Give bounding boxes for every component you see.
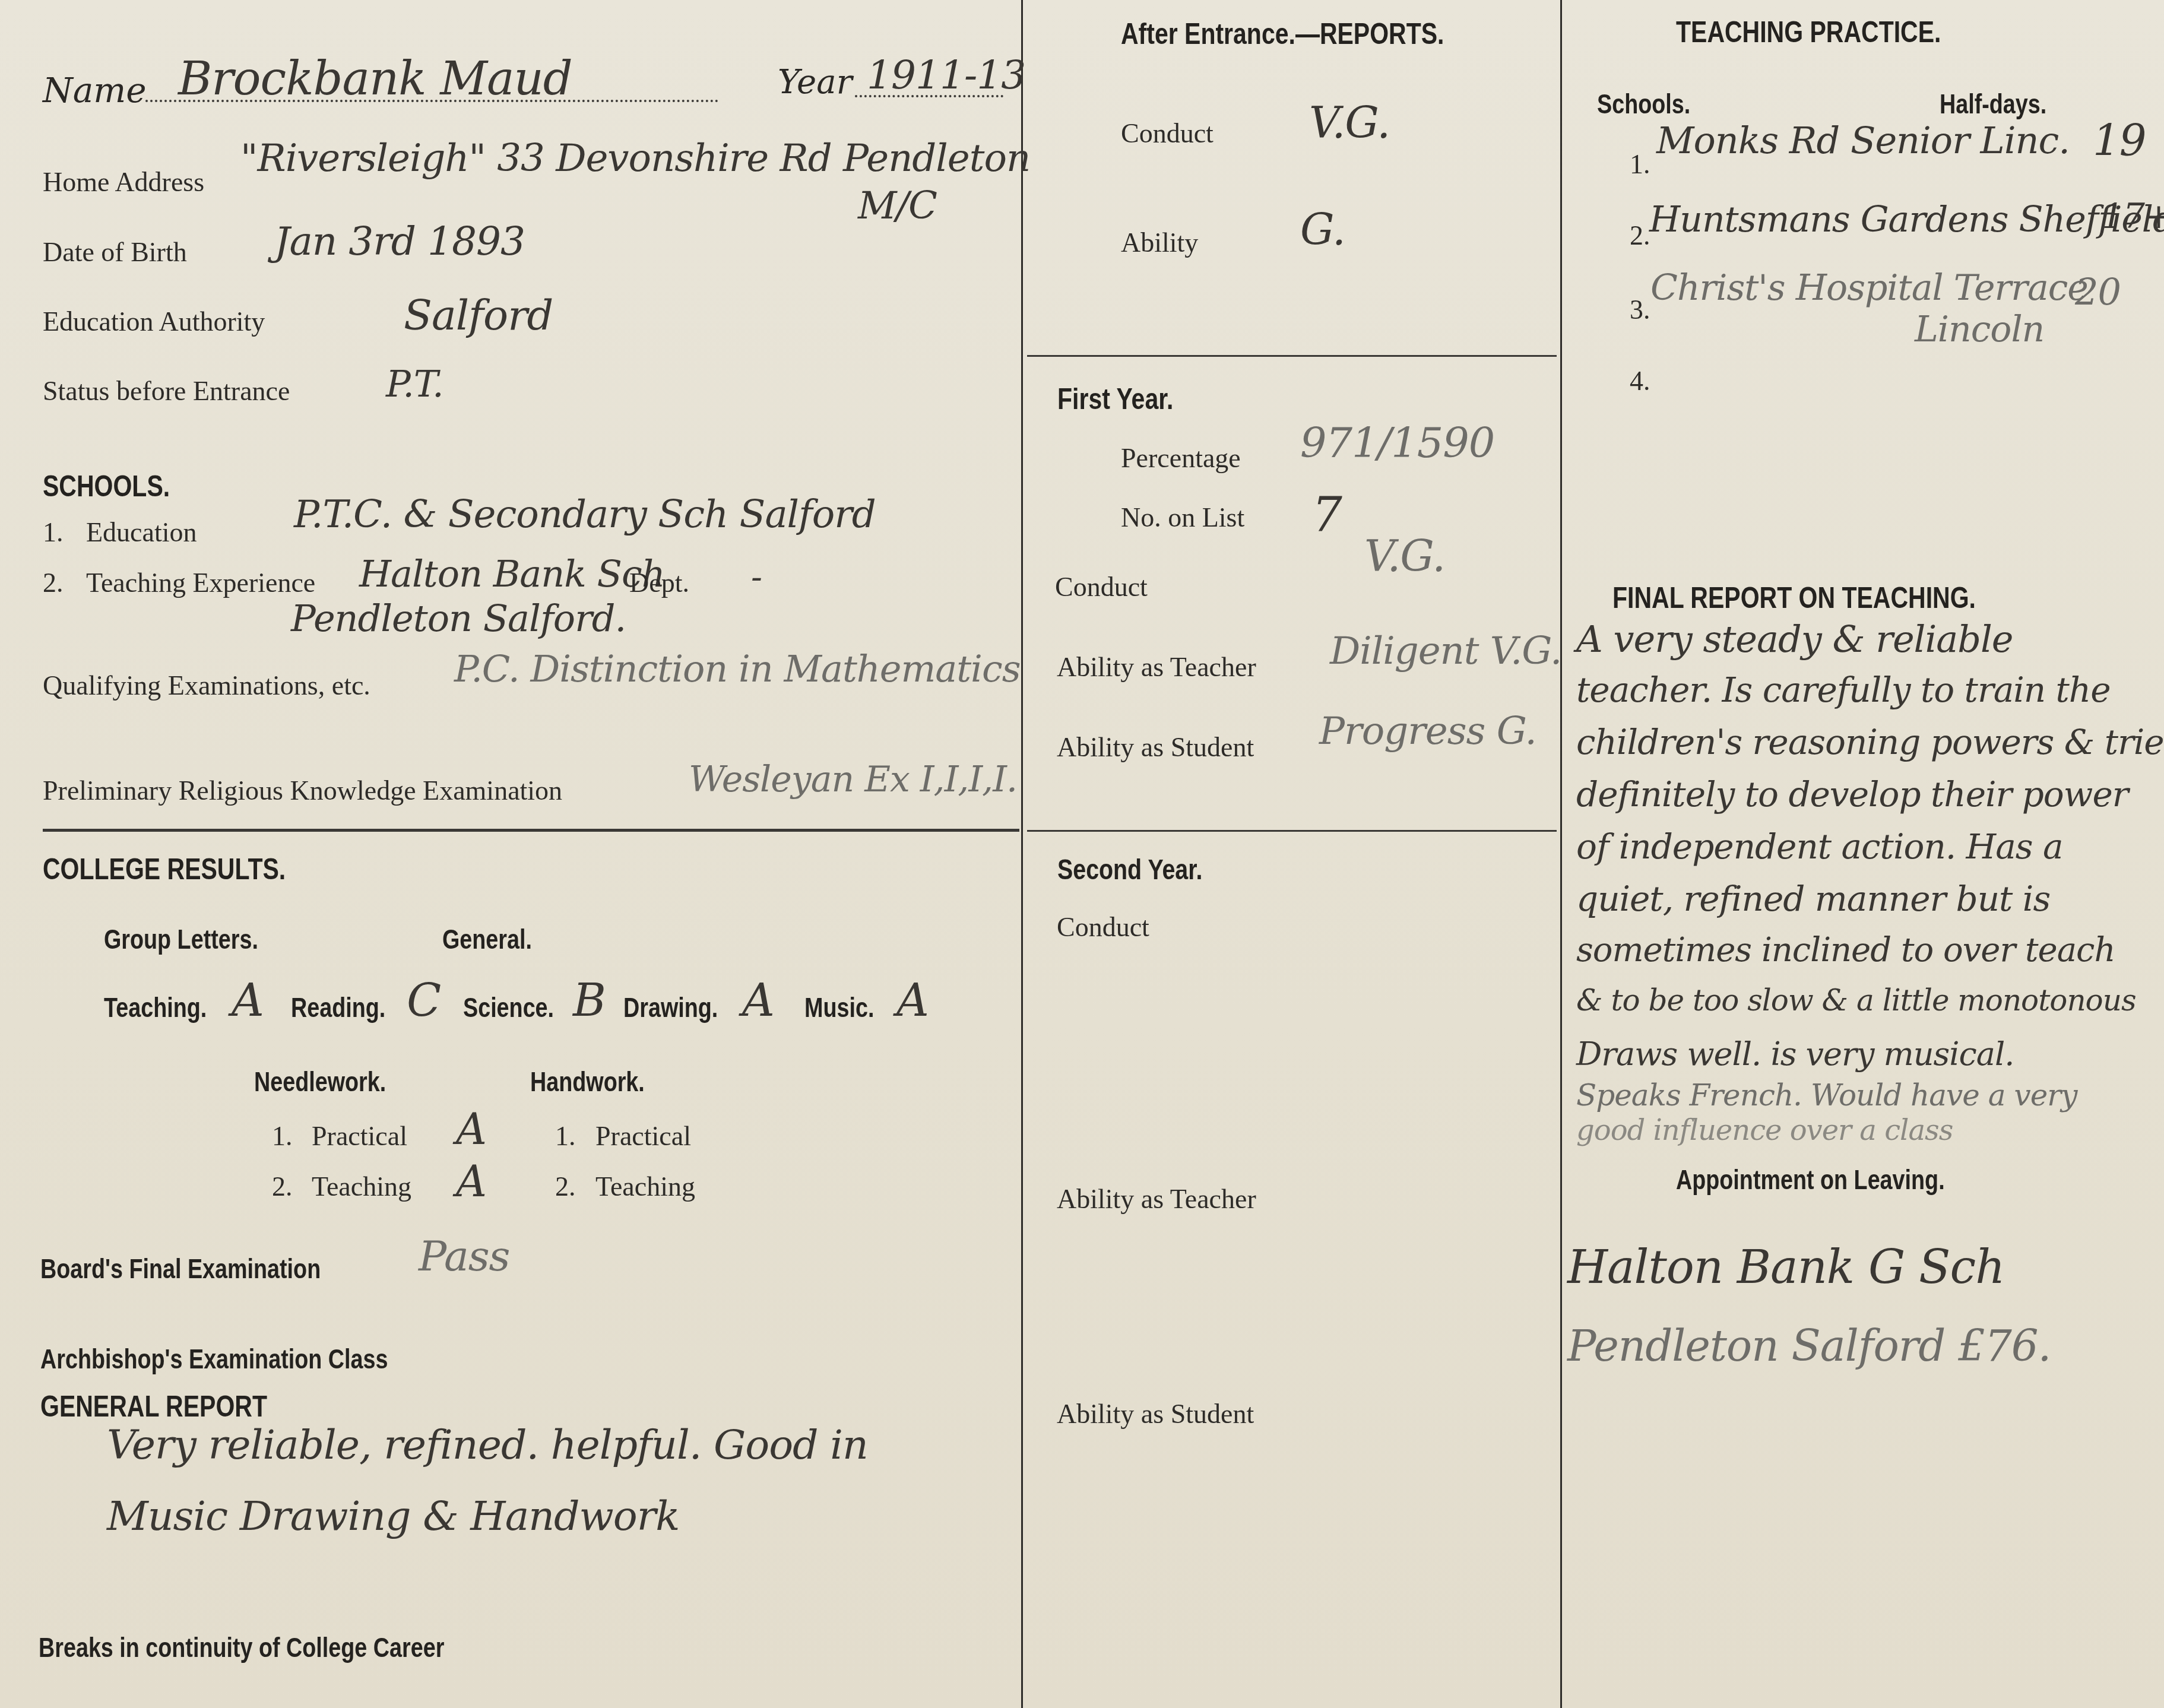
group-letters-label: Group Letters. — [104, 923, 258, 955]
religious-exam-label: Preliminary Religious Knowledge Examinat… — [43, 775, 562, 806]
college-results-heading: COLLEGE RESULTS. — [43, 852, 286, 886]
final-report-line: Draws well. is very musical. — [1576, 1035, 2158, 1078]
breaks-label: Breaks in continuity of College Career — [39, 1631, 444, 1663]
tp-row3-num: 3. — [1630, 294, 1650, 325]
second-year-ability-student-label: Ability as Student — [1057, 1398, 1254, 1430]
appointment-heading: Appointment on Leaving. — [1676, 1164, 1945, 1196]
after-entrance-ability-value: G. — [1300, 205, 1345, 255]
needlework-teaching-num: 2. — [272, 1171, 293, 1202]
teaching-experience-value-line2: Pendleton Salford. — [291, 597, 626, 640]
teaching-experience-value-line1: Halton Bank Sch — [359, 552, 665, 595]
teaching-experience-label: Teaching Experience — [86, 567, 315, 598]
tp-row2-school: Huntsmans Gardens Sheffield — [1649, 199, 2164, 240]
grade-drawing-value: A — [742, 974, 774, 1026]
grade-teaching-label: Teaching. — [104, 991, 207, 1023]
handwork-teaching-num: 2. — [555, 1171, 576, 1202]
after-entrance-rule — [1027, 355, 1557, 357]
general-label: General. — [442, 923, 532, 955]
teaching-practice-heading: TEACHING PRACTICE. — [1676, 15, 1941, 49]
home-address-line1: "Riversleigh" 33 Devonshire Rd Pendleton — [240, 137, 1030, 180]
grade-teaching-value: A — [232, 974, 264, 1026]
archbishop-exam-label: Archbishop's Examination Class — [40, 1343, 388, 1375]
final-report-line: quiet, refined manner but is — [1576, 879, 2158, 931]
after-entrance-ability-label: Ability — [1121, 227, 1198, 258]
dob-label: Date of Birth — [43, 236, 187, 268]
grade-science-value: B — [573, 974, 606, 1026]
second-year-ability-teacher-label: Ability as Teacher — [1057, 1183, 1256, 1215]
needlework-practical-value: A — [456, 1104, 486, 1154]
tp-row3-school-line2: Lincoln — [1915, 309, 2044, 350]
first-year-ability-teacher-label: Ability as Teacher — [1057, 651, 1256, 683]
no-on-list-value: 7 — [1312, 487, 1342, 542]
final-report-body: A very steady & reliable teacher. Is car… — [1576, 617, 2158, 1149]
tp-row3-school: Christ's Hospital Terrace — [1650, 267, 2088, 309]
final-report-line: of independent action. Has a — [1576, 826, 2158, 879]
year-value: 1911-13 — [867, 52, 1025, 98]
final-report-line: A very steady & reliable — [1576, 617, 2158, 670]
percentage-value: 971/1590 — [1300, 419, 1494, 467]
schools-heading: SCHOOLS. — [43, 469, 170, 503]
education-authority-value: Salford — [404, 291, 553, 340]
qualifying-label: Qualifying Examinations, etc. — [43, 670, 370, 701]
after-entrance-conduct-value: V.G. — [1309, 98, 1390, 148]
left-section-rule — [43, 829, 1019, 832]
final-report-line: Speaks French. Would have a very — [1576, 1078, 2158, 1114]
final-report-line: good influence over a class — [1576, 1114, 2158, 1149]
needlework-practical-label: Practical — [312, 1120, 407, 1152]
no-on-list-label: No. on List — [1121, 502, 1244, 533]
final-report-line: & to be too slow & a little monotonous — [1576, 983, 2158, 1035]
home-address-label: Home Address — [43, 166, 204, 198]
name-value: Brockbank Maud — [178, 52, 572, 106]
first-year-rule — [1027, 830, 1557, 832]
tp-row1-half-days: 19 — [2093, 116, 2146, 166]
name-label: Name — [43, 70, 147, 110]
appointment-line1: Halton Bank G Sch — [1567, 1241, 2004, 1294]
religious-exam-value: Wesleyan Ex I,I,I,I. — [689, 759, 1017, 800]
dob-value: Jan 3rd 1893 — [274, 218, 525, 264]
needlework-teaching-value: A — [456, 1156, 486, 1206]
needlework-teaching-label: Teaching — [312, 1171, 411, 1202]
first-year-conduct-value: V.G. — [1364, 531, 1445, 581]
tp-row1-num: 1. — [1630, 148, 1650, 180]
teaching-experience-num: 2. — [43, 567, 64, 598]
first-year-ability-student-value: Progress G. — [1319, 709, 1536, 753]
tp-row4-num: 4. — [1630, 365, 1650, 397]
qualifying-value: P.C. Distinction in Mathematics — [454, 647, 1020, 690]
handwork-practical-label: Practical — [595, 1120, 691, 1152]
dept-value: - — [751, 558, 762, 597]
dept-label: Dept. — [629, 567, 689, 598]
column-divider-right — [1560, 0, 1562, 1708]
general-report-line1: Very reliable, refined. helpful. Good in — [107, 1422, 868, 1469]
grade-science-label: Science. — [463, 991, 554, 1023]
home-address-line2: M/C — [858, 184, 937, 228]
final-report-line: sometimes inclined to over teach — [1576, 931, 2158, 983]
handwork-teaching-label: Teaching — [595, 1171, 695, 1202]
grade-music-label: Music. — [804, 991, 874, 1023]
first-year-ability-teacher-value: Diligent V.G. — [1330, 629, 1561, 673]
boards-final-label: Board's Final Examination — [40, 1253, 321, 1285]
after-entrance-heading: After Entrance.—REPORTS. — [1121, 17, 1444, 51]
handwork-practical-num: 1. — [555, 1120, 576, 1152]
appointment-line2: Pendleton Salford £76. — [1567, 1321, 2051, 1371]
education-authority-label: Education Authority — [43, 306, 265, 337]
column-divider-left — [1021, 0, 1023, 1708]
grade-drawing-label: Drawing. — [623, 991, 718, 1023]
general-report-label: GENERAL REPORT — [40, 1389, 267, 1424]
final-report-line: definitely to develop their power — [1576, 774, 2158, 826]
needlework-practical-num: 1. — [272, 1120, 293, 1152]
boards-final-value: Pass — [419, 1232, 510, 1281]
first-year-conduct-label: Conduct — [1055, 571, 1148, 603]
education-label: Education — [86, 516, 197, 548]
education-num: 1. — [43, 516, 64, 548]
final-report-line: teacher. Is carefully to train the — [1576, 670, 2158, 722]
tp-row3-half-days: 20 — [2075, 270, 2121, 313]
second-year-heading: Second Year. — [1057, 854, 1202, 886]
tp-half-days-label: Half-days. — [1940, 88, 2046, 120]
student-record-card: Name Brockbank Maud Year 1911-13 Home Ad… — [0, 0, 2164, 1708]
final-report-heading: FINAL REPORT ON TEACHING. — [1612, 581, 1976, 615]
status-label: Status before Entrance — [43, 375, 290, 407]
year-label: Year — [778, 63, 852, 102]
handwork-label: Handwork. — [530, 1066, 645, 1098]
tp-row1-school: Monks Rd Senior Linc. — [1656, 119, 2070, 162]
tp-row2-num: 2. — [1630, 220, 1650, 251]
grade-reading-value: C — [407, 974, 441, 1026]
tp-row2-half-days: 17+3 — [2102, 196, 2164, 236]
tp-schools-label: Schools. — [1597, 88, 1690, 120]
needlework-label: Needlework. — [254, 1066, 386, 1098]
education-value: P.T.C. & Secondary Sch Salford — [294, 493, 876, 537]
after-entrance-conduct-label: Conduct — [1121, 118, 1214, 149]
final-report-line: children's reasoning powers & tries — [1576, 722, 2158, 774]
grade-reading-label: Reading. — [291, 991, 385, 1023]
status-value: P.T. — [386, 362, 443, 405]
percentage-label: Percentage — [1121, 442, 1241, 474]
general-report-line2: Music Drawing & Handwork — [107, 1493, 679, 1540]
second-year-conduct-label: Conduct — [1057, 911, 1149, 943]
first-year-heading: First Year. — [1057, 382, 1173, 416]
grade-music-value: A — [896, 974, 929, 1026]
first-year-ability-student-label: Ability as Student — [1057, 731, 1254, 763]
